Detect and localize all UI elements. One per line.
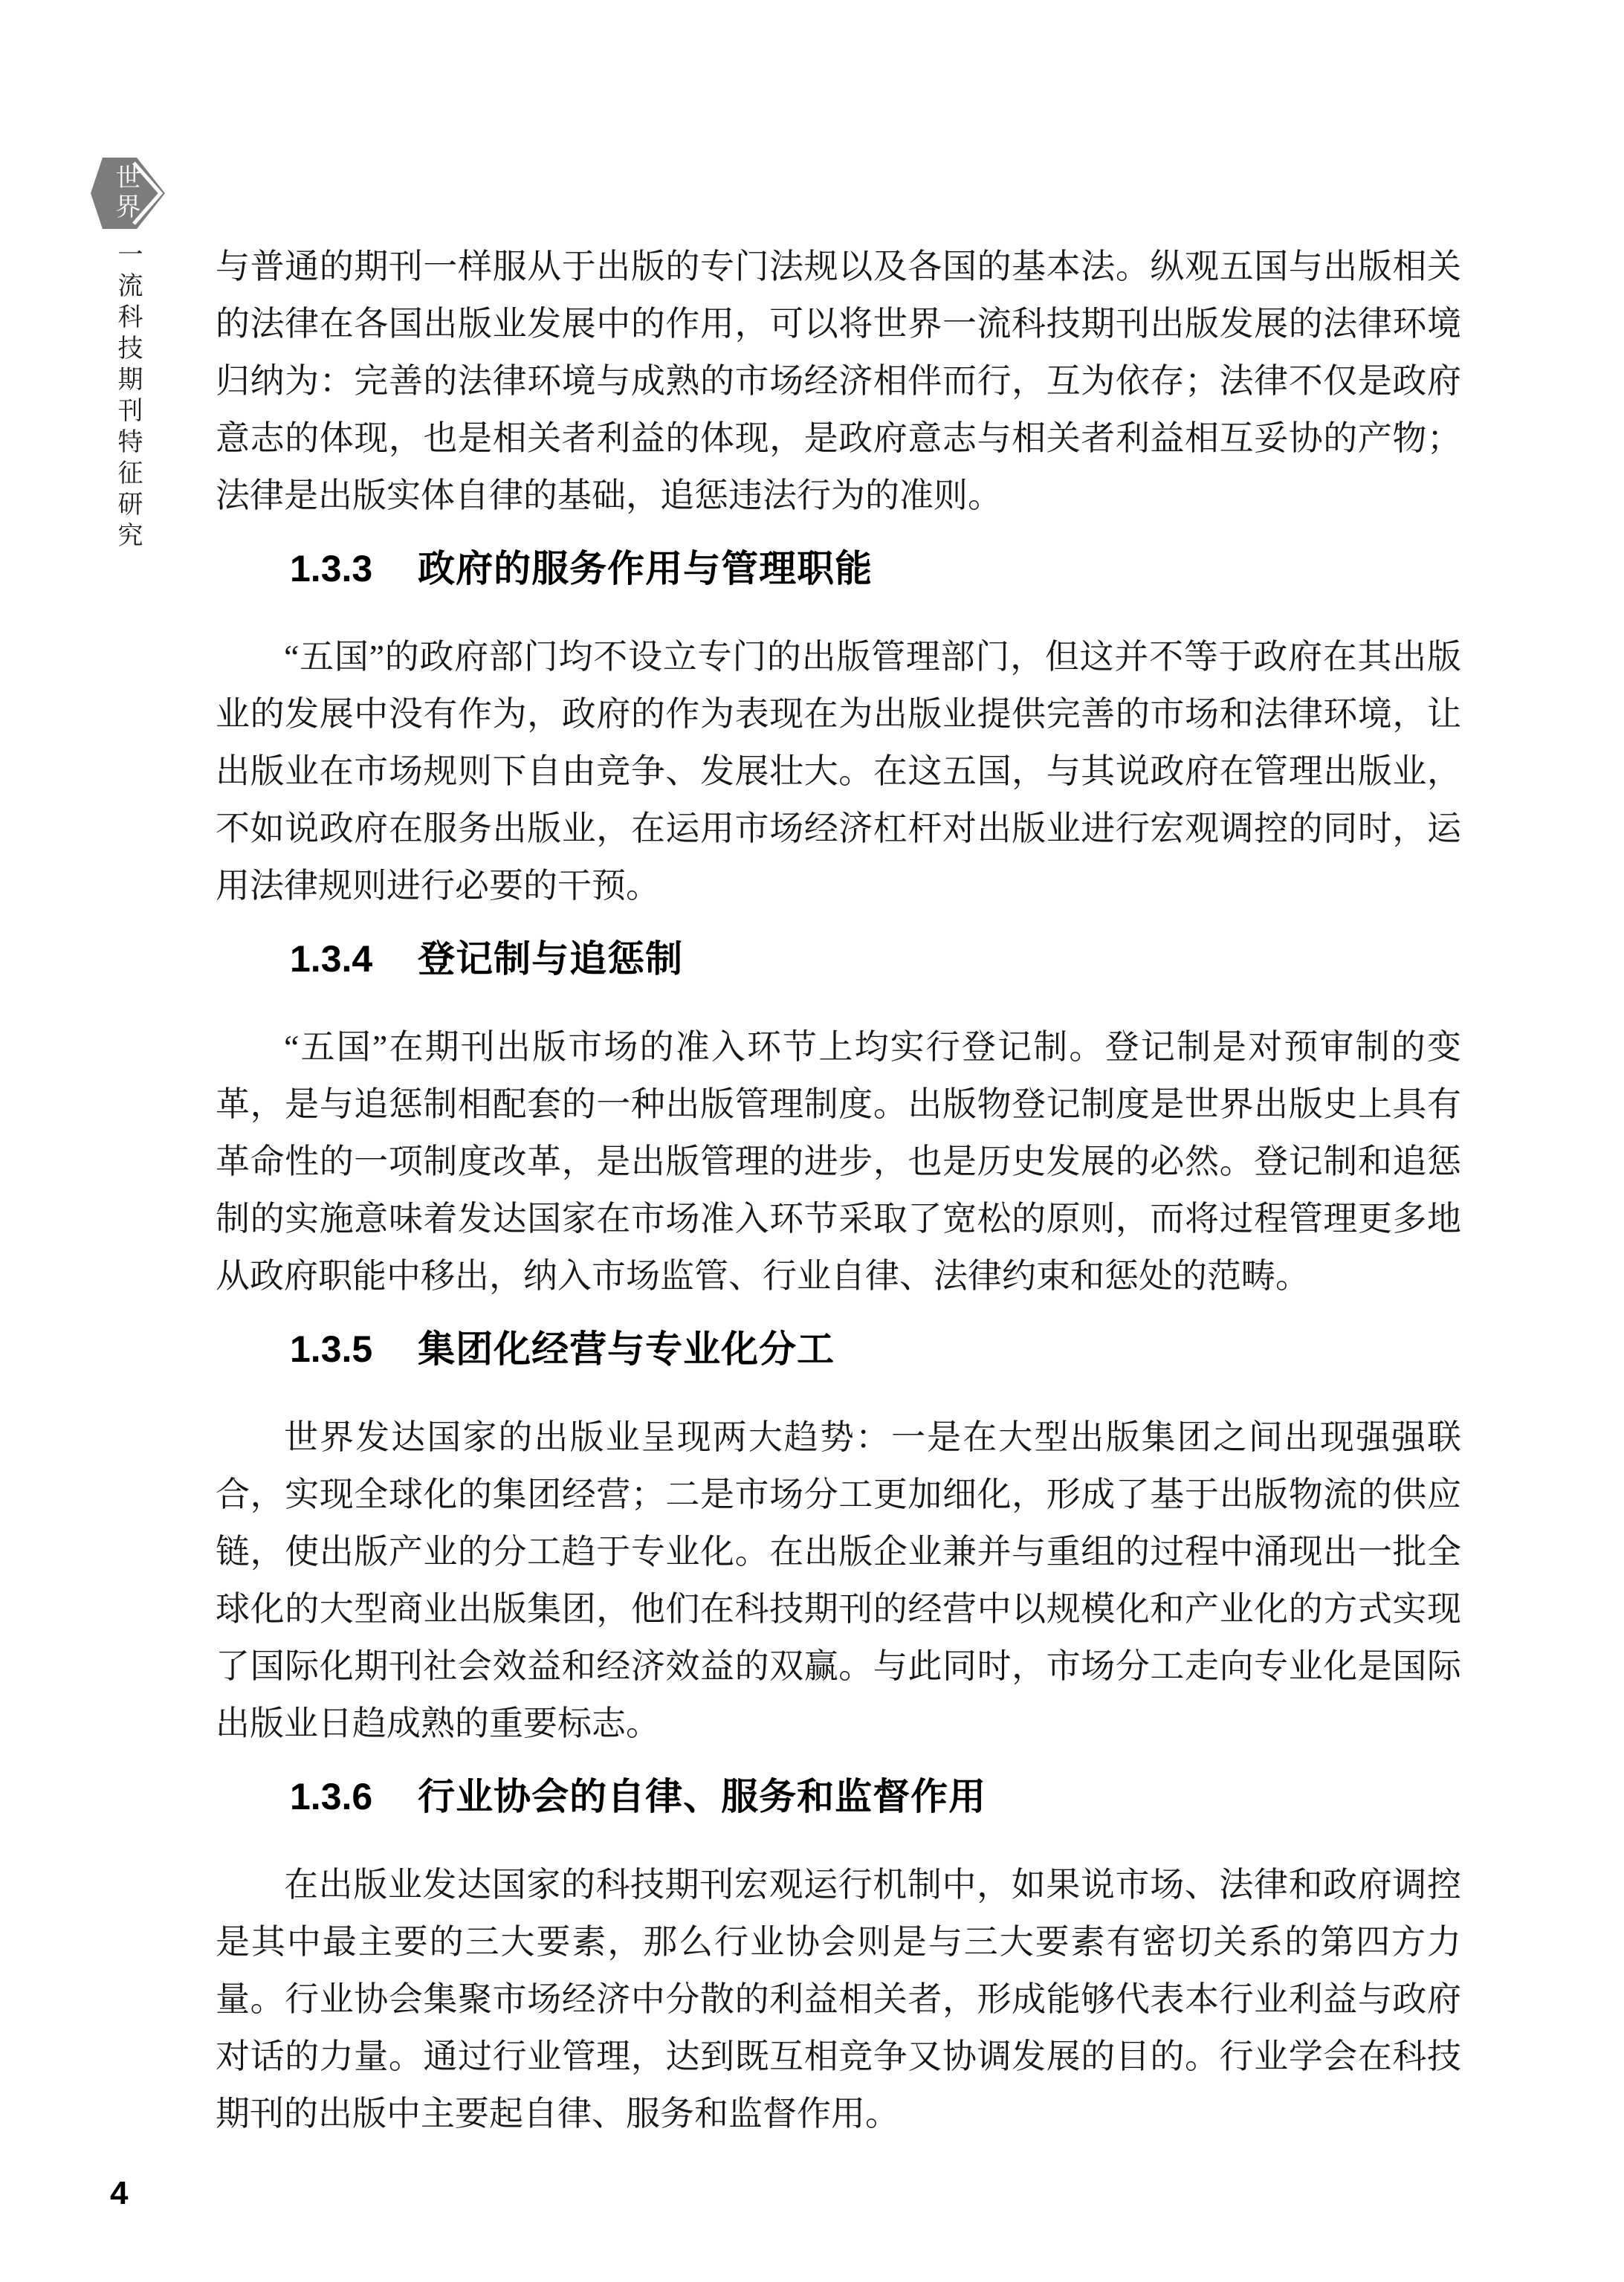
section-title: 集团化经营与专业化分工 — [418, 1328, 835, 1370]
book-title-vertical: 一流科技期刊特征研究 — [109, 241, 146, 553]
section-title: 登记制与追惩制 — [418, 938, 683, 980]
badge-text: 世界 — [110, 164, 140, 222]
section-number: 1.3.6 — [290, 1776, 372, 1817]
section-heading-1-3-3: 1.3.3 政府的服务作用与管理职能 — [290, 546, 1461, 591]
section-number: 1.3.5 — [290, 1328, 372, 1370]
page-number: 4 — [110, 2175, 128, 2212]
section-number: 1.3.3 — [290, 548, 372, 589]
section-paragraph: “五国”在期刊出版市场的准入环节上均实行登记制。登记制是对预审制的变革，是与追惩… — [216, 1018, 1461, 1305]
section-heading-1-3-5: 1.3.5 集团化经营与专业化分工 — [290, 1327, 1461, 1371]
section-heading-1-3-6: 1.3.6 行业协会的自律、服务和监督作用 — [290, 1774, 1461, 1819]
world-series-badge: 世界 — [91, 158, 165, 229]
section-paragraph: 在出版业发达国家的科技期刊宏观运行机制中，如果说市场、法律和政府调控是其中最主要… — [216, 1856, 1461, 2142]
page-content: 与普通的期刊一样服从于出版的专门法规以及各国的基本法。纵观五国与出版相关的法律在… — [216, 238, 1461, 2142]
section-number: 1.3.4 — [290, 938, 372, 980]
intro-paragraph: 与普通的期刊一样服从于出版的专门法规以及各国的基本法。纵观五国与出版相关的法律在… — [216, 238, 1461, 524]
section-paragraph: “五国”的政府部门均不设立专门的出版管理部门，但这并不等于政府在其出版业的发展中… — [216, 628, 1461, 914]
section-title: 行业协会的自律、服务和监督作用 — [418, 1776, 986, 1817]
section-heading-1-3-4: 1.3.4 登记制与追惩制 — [290, 937, 1461, 981]
section-paragraph: 世界发达国家的出版业呈现两大趋势：一是在大型出版集团之间出现强强联合，实现全球化… — [216, 1409, 1461, 1752]
section-title: 政府的服务作用与管理职能 — [418, 548, 873, 589]
